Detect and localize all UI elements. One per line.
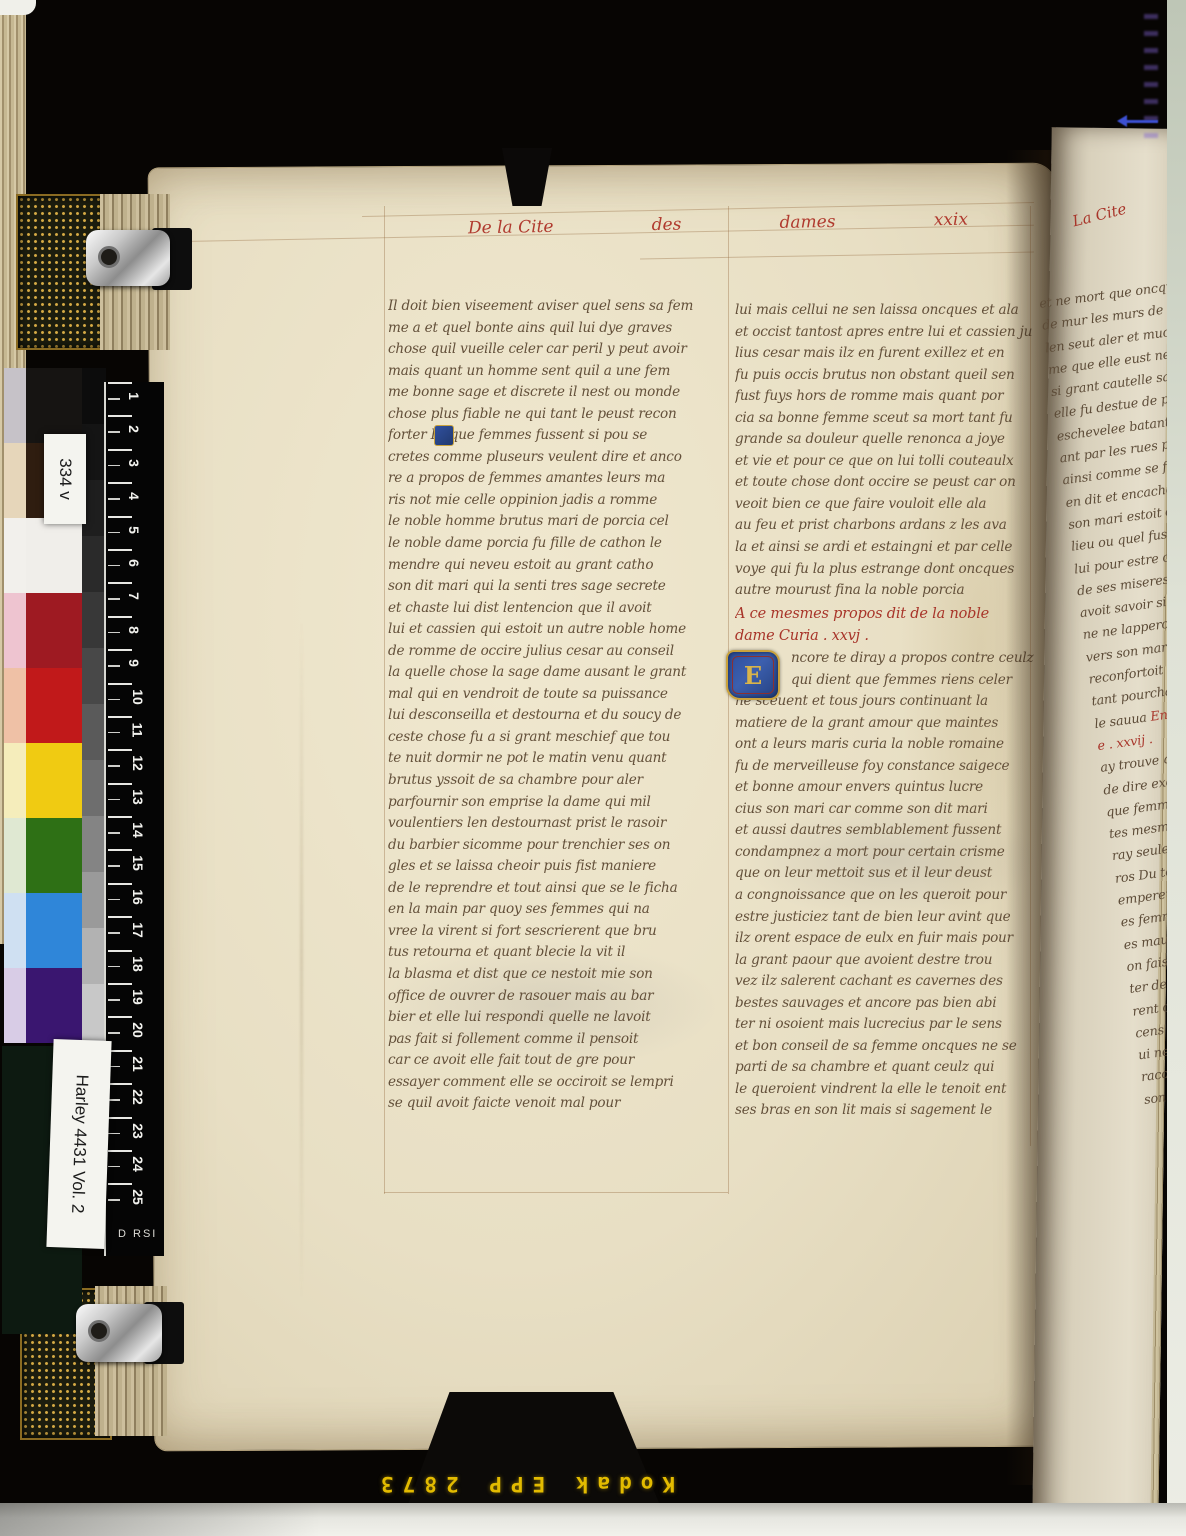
ruling-line-bottom bbox=[384, 1192, 728, 1193]
ruler-tick-label: 16 bbox=[130, 889, 146, 905]
manuscript-line: la quelle chose la sage dame ausant le g… bbox=[388, 662, 726, 684]
ruler-tick: 1 bbox=[106, 382, 164, 415]
calibration-row bbox=[4, 593, 82, 668]
manuscript-line: la blasma et dist que ce nestoit mie son bbox=[388, 964, 726, 986]
running-header-word: xxix bbox=[934, 210, 969, 231]
ruler-tick-label: 2 bbox=[126, 425, 142, 433]
manuscript-line: vree la virent si fort sescrierent que b… bbox=[388, 921, 726, 943]
running-header-word: De la Cite bbox=[468, 217, 554, 238]
ruler-tick-label: 13 bbox=[130, 789, 146, 805]
pastel-patch bbox=[4, 443, 26, 518]
running-header-word: des bbox=[652, 215, 682, 236]
manuscript-photograph: De la Citedesdamesxxix Il doit bien vise… bbox=[0, 0, 1186, 1536]
color-patch bbox=[26, 368, 82, 443]
ruler-tick: 5 bbox=[106, 516, 164, 549]
pastel-patch bbox=[4, 893, 26, 968]
calibration-row bbox=[4, 668, 82, 743]
manuscript-line: parfournir son emprise la dame qui mil bbox=[388, 792, 726, 814]
ruler-tick: 6 bbox=[106, 549, 164, 582]
ruler-tick-label: 4 bbox=[126, 492, 142, 500]
ruler-tick: 16 bbox=[106, 883, 164, 916]
pastel-patch bbox=[4, 743, 26, 818]
film-edge-text: Kodak EPP 2873 bbox=[372, 1472, 675, 1496]
calibration-row bbox=[4, 368, 82, 443]
film-corner-top-left bbox=[0, 0, 36, 15]
manuscript-line: le noble homme brutus mari de porcia cel bbox=[388, 511, 726, 533]
ruler-tick-label: 24 bbox=[130, 1156, 146, 1172]
manuscript-line: car ce avoit elle fait tout de gre pour bbox=[388, 1050, 726, 1072]
ruler-tick-label: 7 bbox=[126, 592, 142, 600]
text-column-one: Il doit bien viseement aviser quel sens … bbox=[388, 296, 726, 1115]
manuscript-line: voulentiers len destournast prist le ras… bbox=[388, 813, 726, 835]
film-edge-arrow-icon bbox=[1120, 120, 1158, 123]
pastel-patch bbox=[4, 818, 26, 893]
gray-step bbox=[82, 592, 106, 648]
ruler-tick-label: 17 bbox=[130, 922, 146, 938]
folio-label: 334 v bbox=[44, 434, 86, 524]
ruler-tick: 20 bbox=[106, 1016, 164, 1049]
manuscript-line: son dit mari qui la senti tres sage secr… bbox=[388, 576, 726, 598]
manuscript-line: lui desconseilla et destourna et du souc… bbox=[388, 705, 726, 727]
manuscript-line: chose plus fiable ne qui tant le peust r… bbox=[388, 404, 726, 426]
ruler-tick: 22 bbox=[106, 1083, 164, 1116]
manuscript-line: cretes comme pluseurs veulent dire et an… bbox=[388, 447, 726, 469]
ruler-tick: 25 bbox=[106, 1183, 164, 1216]
ruler-footer-text: D RSI bbox=[118, 1228, 157, 1534]
ruler-tick: 13 bbox=[106, 783, 164, 816]
calibration-row bbox=[4, 818, 82, 893]
ruler-tick: 9 bbox=[106, 649, 164, 682]
ruler-tick: 21 bbox=[106, 1050, 164, 1083]
shelfmark-label: Harley 4431 Vol. 2 bbox=[46, 1039, 111, 1249]
decorated-initial-small bbox=[434, 425, 454, 446]
manuscript-line: du barbier sicomme pour trenchier ses on bbox=[388, 835, 726, 857]
film-edge-markings bbox=[1144, 14, 1158, 146]
ruler-tick: 10 bbox=[106, 683, 164, 716]
ruler-tick-label: 11 bbox=[129, 723, 145, 738]
ruler-tick: 2 bbox=[106, 415, 164, 448]
ruler-tick-label: 23 bbox=[130, 1123, 146, 1139]
manuscript-line: brutus yssoit de sa chambre pour aler bbox=[388, 770, 726, 792]
manuscript-line: en la main par quoy ses femmes qui na bbox=[388, 899, 726, 921]
manuscript-line: le noble dame porcia fu fille de cathon … bbox=[388, 533, 726, 555]
color-patch bbox=[26, 518, 82, 593]
ruler-tick: 24 bbox=[106, 1150, 164, 1183]
text-segment: e . xxvij . bbox=[1097, 732, 1154, 754]
gray-step bbox=[82, 984, 106, 1040]
manuscript-line: mal qui en vendroit de toute sa puissanc… bbox=[388, 684, 726, 706]
manuscript-line: office de ouvrer de rasouer mais au bar bbox=[388, 986, 726, 1008]
pastel-patch bbox=[4, 368, 26, 443]
ruler-tick-label: 10 bbox=[130, 689, 146, 705]
ruler-tick: 3 bbox=[106, 449, 164, 482]
ruler-tick-label: 8 bbox=[126, 626, 142, 634]
color-patch bbox=[26, 743, 82, 818]
ruler-tick-label: 22 bbox=[130, 1089, 146, 1105]
ruler-tick: 11 bbox=[106, 716, 164, 749]
ruler-tick: 23 bbox=[106, 1117, 164, 1150]
gray-step bbox=[82, 368, 106, 424]
running-header-word: dames bbox=[779, 212, 835, 233]
color-patch bbox=[26, 893, 82, 968]
film-border-right bbox=[1167, 0, 1186, 1536]
clip-hole bbox=[98, 246, 120, 268]
manuscript-line: gles et se laissa cheoir puis fist manie… bbox=[388, 856, 726, 878]
manuscript-line: re a propos de femmes amantes leurs ma bbox=[388, 468, 726, 490]
calibration-row bbox=[4, 743, 82, 818]
manuscript-line: de romme de occire julius cesar au conse… bbox=[388, 641, 726, 663]
ruler-tick: 15 bbox=[106, 849, 164, 882]
ruler-tick-label: 21 bbox=[130, 1056, 146, 1072]
ruling-line-col2-left bbox=[728, 206, 729, 1194]
calibration-row bbox=[4, 518, 82, 593]
ruler-tick-label: 20 bbox=[130, 1023, 146, 1039]
color-patch bbox=[26, 593, 82, 668]
ruler-tick-label: 9 bbox=[126, 659, 142, 667]
manuscript-line: me bonne sage et discrete il nest ou mon… bbox=[388, 382, 726, 404]
manuscript-line: te nuit dormir ne pot le matin venu quan… bbox=[388, 748, 726, 770]
color-patch bbox=[26, 668, 82, 743]
ruler-tick-label: 25 bbox=[130, 1190, 146, 1206]
ruler-tick-label: 3 bbox=[126, 459, 142, 467]
ruler-tick-label: 14 bbox=[130, 822, 146, 838]
pastel-patch bbox=[4, 518, 26, 593]
color-patch bbox=[26, 818, 82, 893]
gray-step bbox=[82, 816, 106, 872]
ruler-tick: 14 bbox=[106, 816, 164, 849]
manuscript-line: ceste chose fu a si grant meschief que t… bbox=[388, 727, 726, 749]
gray-step bbox=[82, 536, 106, 592]
manuscript-line: Il doit bien viseement aviser quel sens … bbox=[388, 296, 726, 318]
ruler-tick: 8 bbox=[106, 616, 164, 649]
gray-step bbox=[82, 872, 106, 928]
film-border-bottom bbox=[0, 1503, 1186, 1536]
manuscript-line: lui et cassien qui estoit un autre noble… bbox=[388, 619, 726, 641]
manuscript-line: chose quil vueille celer car peril y peu… bbox=[388, 339, 726, 361]
calibration-row bbox=[4, 893, 82, 968]
ruler-tick: 7 bbox=[106, 582, 164, 615]
gray-step bbox=[82, 760, 106, 816]
ruler-tick-label: 5 bbox=[126, 526, 142, 534]
manuscript-line: de le reprendre et tout ainsi que se le … bbox=[388, 878, 726, 900]
shelfmark-label-text: Harley 4431 Vol. 2 bbox=[67, 1074, 92, 1214]
ruler-tick-label: 6 bbox=[126, 559, 142, 567]
ruler-tick: 12 bbox=[106, 749, 164, 782]
ruling-line-col1-left bbox=[384, 206, 385, 1194]
ruler-tick: 17 bbox=[106, 916, 164, 949]
color-patch bbox=[26, 968, 82, 1043]
manuscript-line: mendre qui neveu estoit au grant catho bbox=[388, 555, 726, 577]
gray-step bbox=[82, 648, 106, 704]
manuscript-line: me a et quel bonte ains quil lui dye gra… bbox=[388, 318, 726, 340]
ruler-tick: 4 bbox=[106, 482, 164, 515]
pastel-patch bbox=[4, 968, 26, 1043]
gray-step bbox=[82, 704, 106, 760]
ruler-tick-label: 19 bbox=[130, 989, 146, 1005]
clip-hole bbox=[88, 1320, 110, 1342]
manuscript-line: et chaste lui dist lentencion que il avo… bbox=[388, 598, 726, 620]
gray-step bbox=[82, 928, 106, 984]
folio-label-text: 334 v bbox=[55, 458, 75, 500]
manuscript-line: pas fait si follement comme il pensoit bbox=[388, 1029, 726, 1051]
ruler-tick: 18 bbox=[106, 950, 164, 983]
ruler-tick-label: 1 bbox=[126, 392, 142, 400]
manuscript-line: se quil avoit faicte venoit mal pour bbox=[388, 1093, 726, 1115]
manuscript-line: ris not mie celle oppinion jadis a romme bbox=[388, 490, 726, 512]
decorated-initial-large: E bbox=[726, 650, 780, 700]
binder-clip-bottom bbox=[74, 1298, 186, 1368]
manuscript-line: essayer comment elle se occiroit se lemp… bbox=[388, 1072, 726, 1094]
ruler-tick-label: 12 bbox=[130, 756, 146, 772]
ruler-tick-label: 18 bbox=[130, 956, 146, 972]
calibration-row bbox=[4, 968, 82, 1043]
ruler-tick-label: 15 bbox=[130, 856, 146, 872]
binder-clip-top bbox=[86, 226, 196, 292]
manuscript-line: mais quant un homme sent quil a une fem bbox=[388, 361, 726, 383]
ruler-tick: 19 bbox=[106, 983, 164, 1016]
manuscript-line: bier et elle lui respondi quelle ne lavo… bbox=[388, 1007, 726, 1029]
text-segment: le sauua bbox=[1094, 710, 1152, 732]
page-crease bbox=[300, 620, 303, 1300]
pastel-patch bbox=[4, 593, 26, 668]
manuscript-line: tus retourna et quant blecie la vit il bbox=[388, 942, 726, 964]
pastel-patch bbox=[4, 668, 26, 743]
ruler: 1234567891011121314151617181920212223242… bbox=[104, 382, 164, 1256]
